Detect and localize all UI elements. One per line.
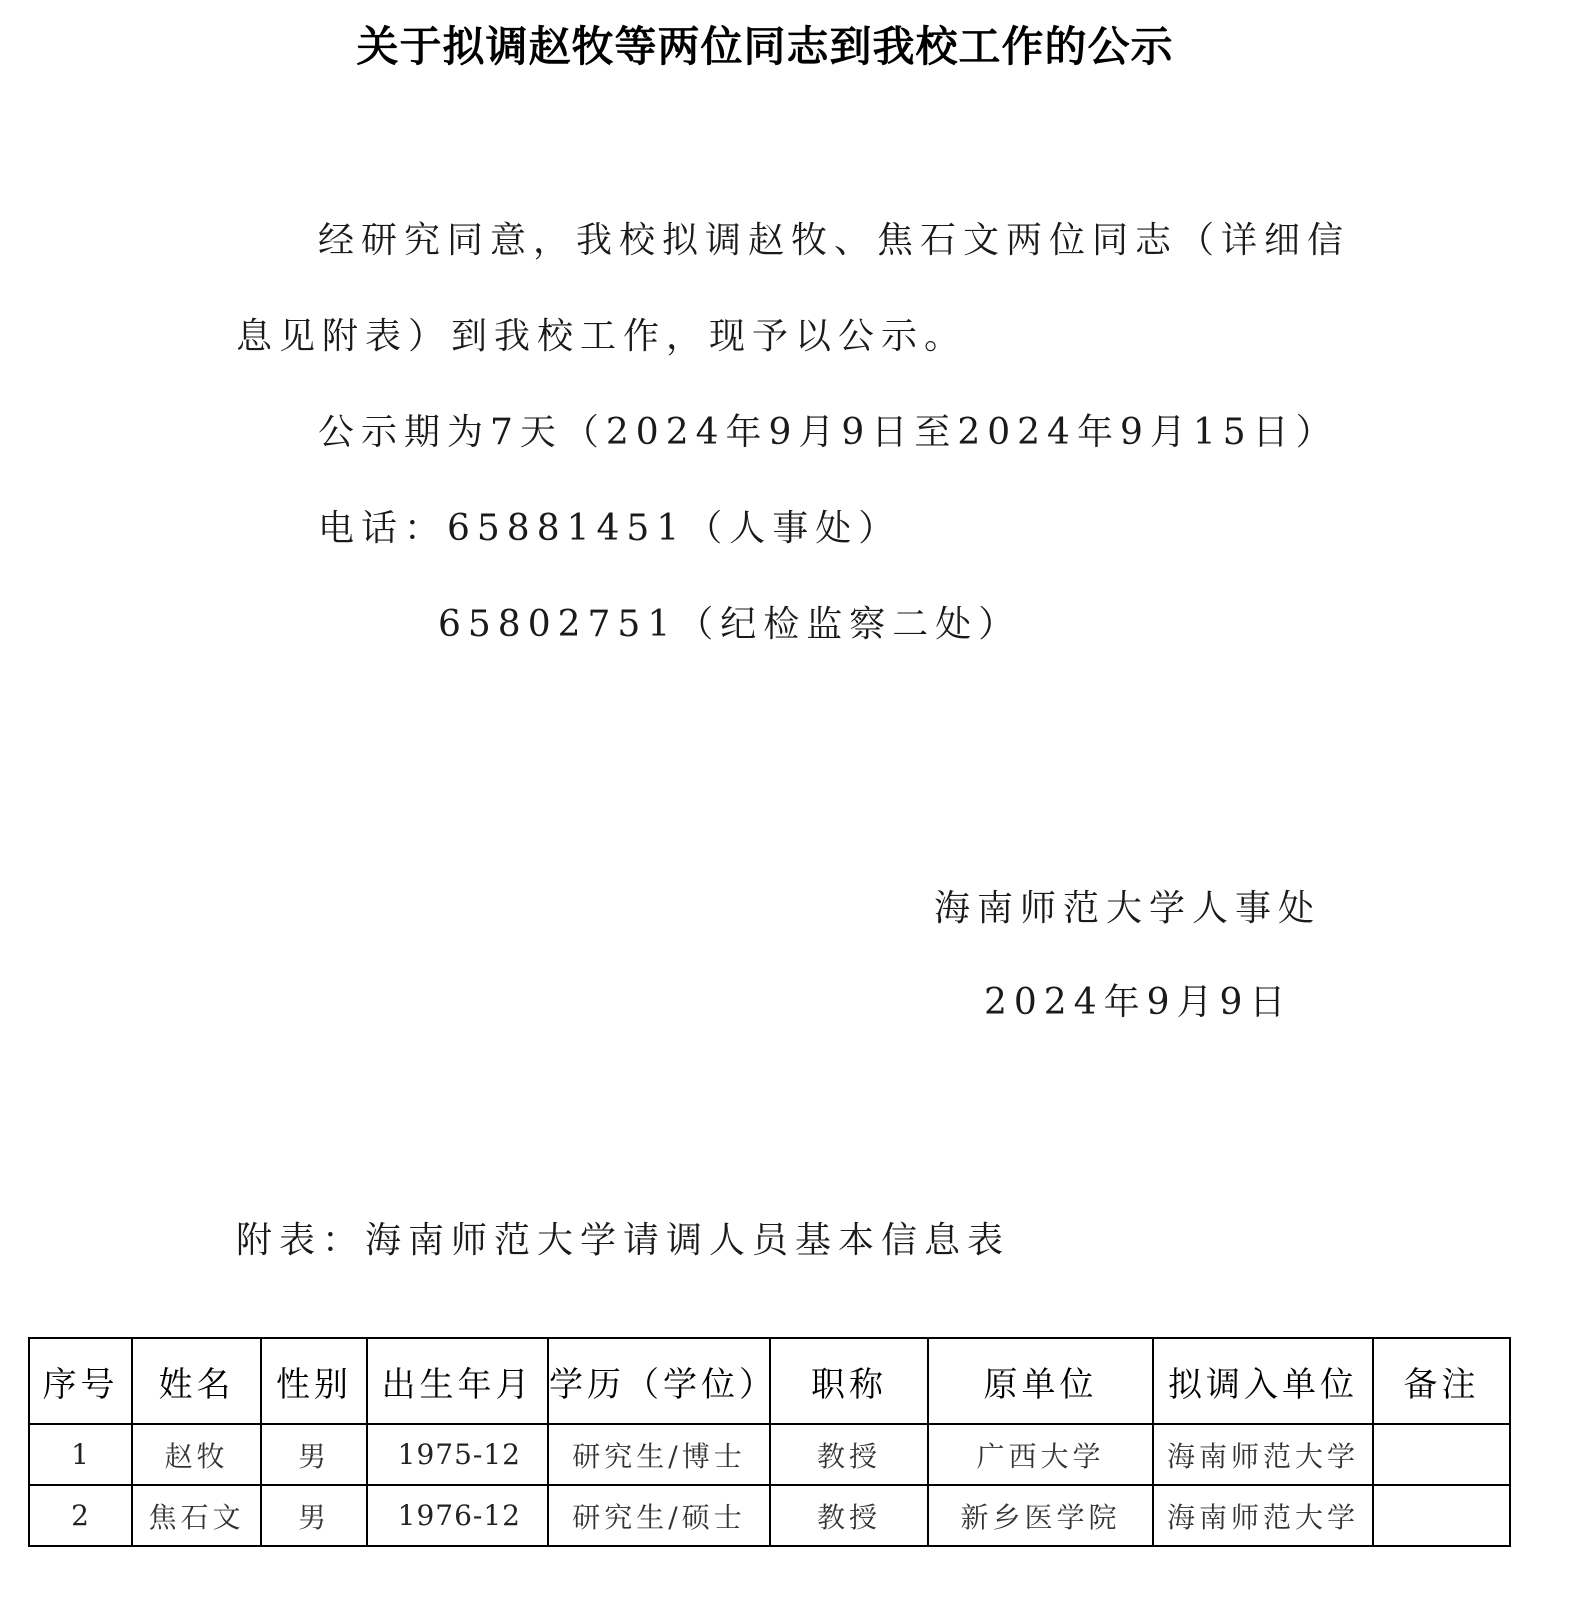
- cell-education: 研究生/博士: [548, 1424, 770, 1485]
- cell-birth: 1975-12: [367, 1424, 548, 1485]
- cell-index: 2: [29, 1485, 132, 1546]
- header-remarks: 备注: [1373, 1338, 1510, 1424]
- signature-organization: 海南师范大学人事处: [934, 880, 1321, 931]
- cell-remarks: [1373, 1424, 1510, 1485]
- page-title: 关于拟调赵牧等两位同志到我校工作的公示: [0, 14, 1530, 74]
- cell-target-unit: 海南师范大学: [1153, 1424, 1373, 1485]
- contact-phone-discipline: 65802751（纪检监察二处）: [438, 596, 1021, 647]
- cell-birth: 1976-12: [367, 1485, 548, 1546]
- table-row: 1 赵牧 男 1975-12 研究生/博士 教授 广西大学 海南师范大学: [29, 1424, 1510, 1485]
- header-birth: 出生年月: [367, 1338, 548, 1424]
- header-gender: 性别: [261, 1338, 367, 1424]
- table-row: 2 焦石文 男 1976-12 研究生/硕士 教授 新乡医学院 海南师范大学: [29, 1485, 1510, 1546]
- cell-title: 教授: [770, 1485, 928, 1546]
- header-original-unit: 原单位: [928, 1338, 1153, 1424]
- header-title: 职称: [770, 1338, 928, 1424]
- cell-index: 1: [29, 1424, 132, 1485]
- cell-original-unit: 新乡医学院: [928, 1485, 1153, 1546]
- cell-remarks: [1373, 1485, 1510, 1546]
- publicity-period: 公示期为7天（2024年9月9日至2024年9月15日）: [318, 404, 1339, 455]
- cell-target-unit: 海南师范大学: [1153, 1485, 1373, 1546]
- header-education: 学历（学位）: [548, 1338, 770, 1424]
- personnel-info-table: 序号 姓名 性别 出生年月 学历（学位） 职称 原单位 拟调入单位 备注 1 赵…: [28, 1337, 1511, 1547]
- table-header-row: 序号 姓名 性别 出生年月 学历（学位） 职称 原单位 拟调入单位 备注: [29, 1338, 1510, 1424]
- intro-paragraph-line-1: 经研究同意，我校拟调赵牧、焦石文两位同志（详细信: [318, 212, 1350, 263]
- cell-gender: 男: [261, 1424, 367, 1485]
- header-index: 序号: [29, 1338, 132, 1424]
- intro-paragraph-line-2: 息见附表）到我校工作，现予以公示。: [236, 308, 967, 359]
- cell-name: 焦石文: [132, 1485, 261, 1546]
- cell-name: 赵牧: [132, 1424, 261, 1485]
- attachment-caption: 附表：海南师范大学请调人员基本信息表: [236, 1212, 1010, 1263]
- cell-gender: 男: [261, 1485, 367, 1546]
- contact-phone-hr: 电话：65881451（人事处）: [318, 500, 901, 551]
- cell-title: 教授: [770, 1424, 928, 1485]
- cell-original-unit: 广西大学: [928, 1424, 1153, 1485]
- signature-date: 2024年9月9日: [984, 974, 1292, 1025]
- cell-education: 研究生/硕士: [548, 1485, 770, 1546]
- header-name: 姓名: [132, 1338, 261, 1424]
- header-target-unit: 拟调入单位: [1153, 1338, 1373, 1424]
